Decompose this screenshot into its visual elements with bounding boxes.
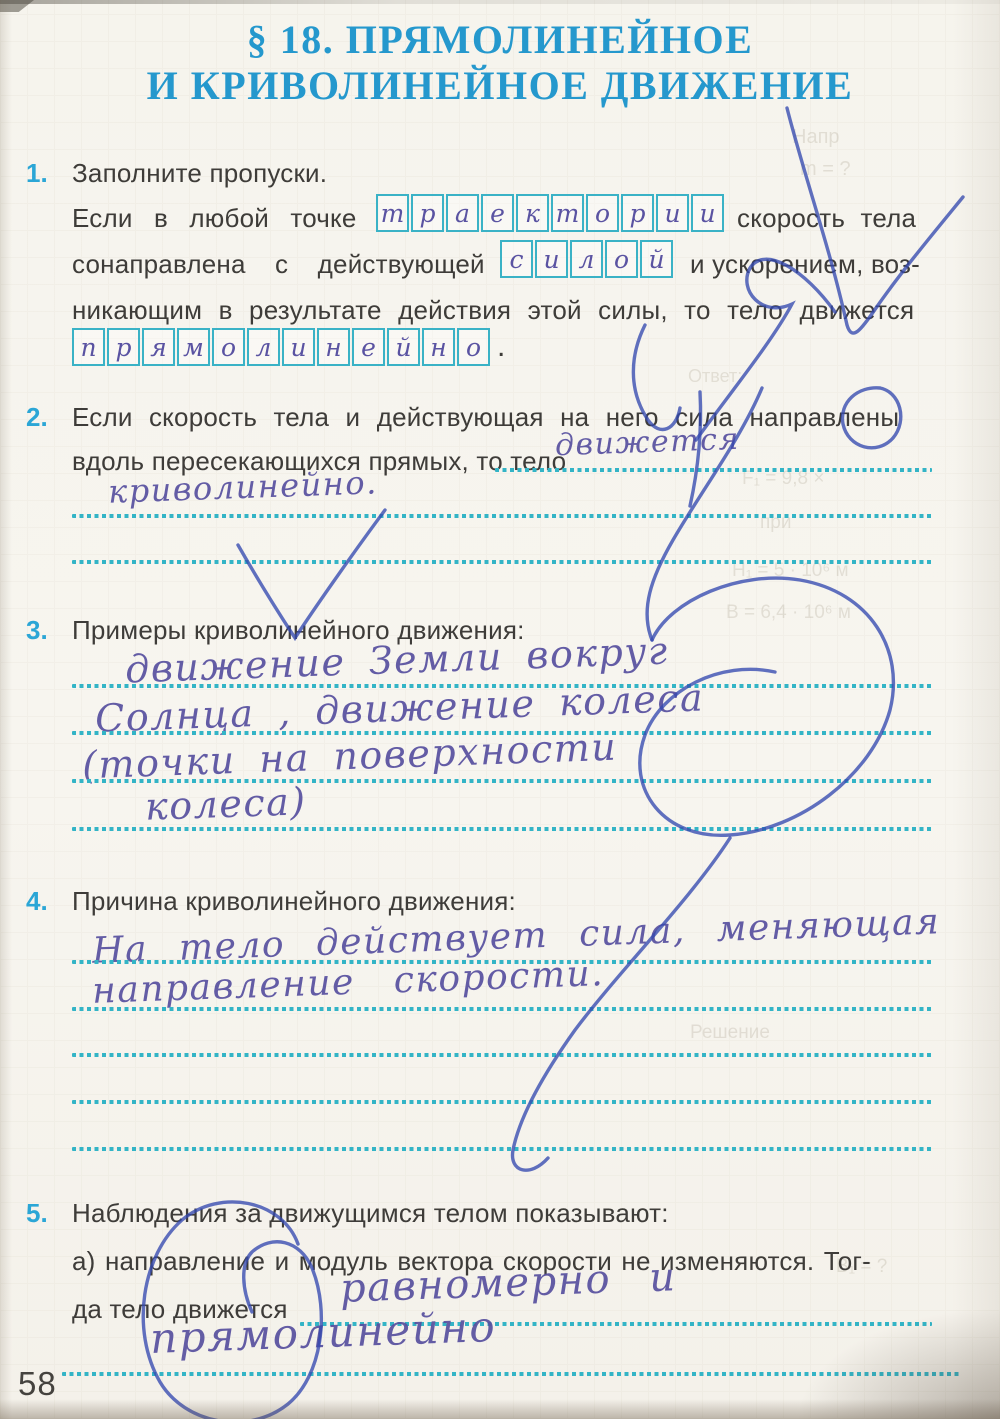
task3-number: 3. xyxy=(26,615,48,646)
letter-cell: о xyxy=(212,328,245,366)
answer-dotted-line xyxy=(72,1147,932,1151)
letter-cell: о xyxy=(586,194,619,232)
task1-prompt: Заполните пропуски. xyxy=(72,158,327,189)
answer-letter-boxes-traektorii: траектории xyxy=(376,194,726,232)
letter-cell: й xyxy=(640,240,673,278)
letter-cell: р xyxy=(107,328,140,366)
answer-dotted-line xyxy=(72,1100,932,1104)
answer-dotted-line xyxy=(72,560,932,564)
letter-cell: л xyxy=(247,328,280,366)
handwritten-answer: движется xyxy=(554,422,740,463)
section-title-line1: § 18. ПРЯМОЛИНЕЙНОЕ xyxy=(0,16,1000,63)
page-number: 58 xyxy=(18,1365,57,1403)
task5-number: 5. xyxy=(26,1198,48,1229)
letter-cell: н xyxy=(317,328,350,366)
letter-cell: п xyxy=(72,328,105,366)
handwritten-answer: криволинейно. xyxy=(107,463,378,510)
letter-cell: р xyxy=(411,194,444,232)
letter-cell: м xyxy=(177,328,210,366)
bleed-through-text: Решение xyxy=(690,1022,770,1044)
task1-text: Если в любой точке xyxy=(72,203,357,234)
answer-dotted-line xyxy=(72,1053,932,1057)
letter-cell: р xyxy=(621,194,654,232)
pen-stroke xyxy=(513,838,730,1170)
letter-cell: о xyxy=(605,240,638,278)
scan-edge-shadow-right xyxy=(952,0,1000,1419)
answer-dotted-line xyxy=(72,1007,932,1011)
bleed-through-text: Напр xyxy=(792,126,840,149)
letter-cell: я xyxy=(142,328,175,366)
task1-text: сонаправлена с действующей xyxy=(72,249,485,280)
task4-number: 4. xyxy=(26,886,48,917)
answer-dotted-line xyxy=(72,827,932,831)
letter-cell: й xyxy=(387,328,420,366)
task1-text: никающим в результате действия этой силы… xyxy=(72,295,914,326)
bleed-through-text: В = 6,4 · 10⁶ м xyxy=(726,602,851,624)
scan-edge-shadow-left xyxy=(0,0,12,1419)
letter-cell: о xyxy=(457,328,490,366)
handwritten-answer: колеса) xyxy=(144,779,307,829)
letter-cell: н xyxy=(422,328,455,366)
task4-prompt: Причина криволинейного движения: xyxy=(72,886,516,917)
task1-number: 1. xyxy=(26,158,48,189)
letter-cell: и xyxy=(282,328,315,366)
bleed-through-text: m = ? xyxy=(800,158,851,181)
letter-cell: т xyxy=(551,194,584,232)
task2-text: Если скорость тела и действующая на него… xyxy=(72,402,899,433)
workbook-page-scan: Напр m = ? Ответ: F₁ = 9,8 × при Н₁ = 5 … xyxy=(0,0,1000,1419)
letter-cell: е xyxy=(481,194,514,232)
scan-edge-shadow-top xyxy=(0,0,1000,4)
task1-period: . xyxy=(497,330,506,364)
answer-letter-boxes-siloy: силой xyxy=(500,240,675,278)
task5-prompt: Наблюдения за движущимся телом показываю… xyxy=(72,1198,669,1229)
letter-cell: и xyxy=(691,194,724,232)
task1-text: и ускорением, воз- xyxy=(690,249,920,280)
section-title-line2: И КРИВОЛИНЕЙНОЕ ДВИЖЕНИЕ xyxy=(0,62,1000,109)
letter-cell: с xyxy=(500,240,533,278)
letter-cell: т xyxy=(376,194,409,232)
letter-cell: л xyxy=(570,240,603,278)
letter-cell: а xyxy=(446,194,479,232)
task1-text: скорость тела xyxy=(737,203,916,234)
bleed-through-text: Ответ: xyxy=(688,366,742,387)
answer-dotted-line xyxy=(495,468,932,472)
answer-dotted-line xyxy=(72,514,932,518)
answer-letter-boxes-pryamolineyno: прямолинейно xyxy=(72,328,492,366)
letter-cell: к xyxy=(516,194,549,232)
letter-cell: и xyxy=(656,194,689,232)
letter-cell: е xyxy=(352,328,385,366)
letter-cell: и xyxy=(535,240,568,278)
task2-number: 2. xyxy=(26,402,48,433)
